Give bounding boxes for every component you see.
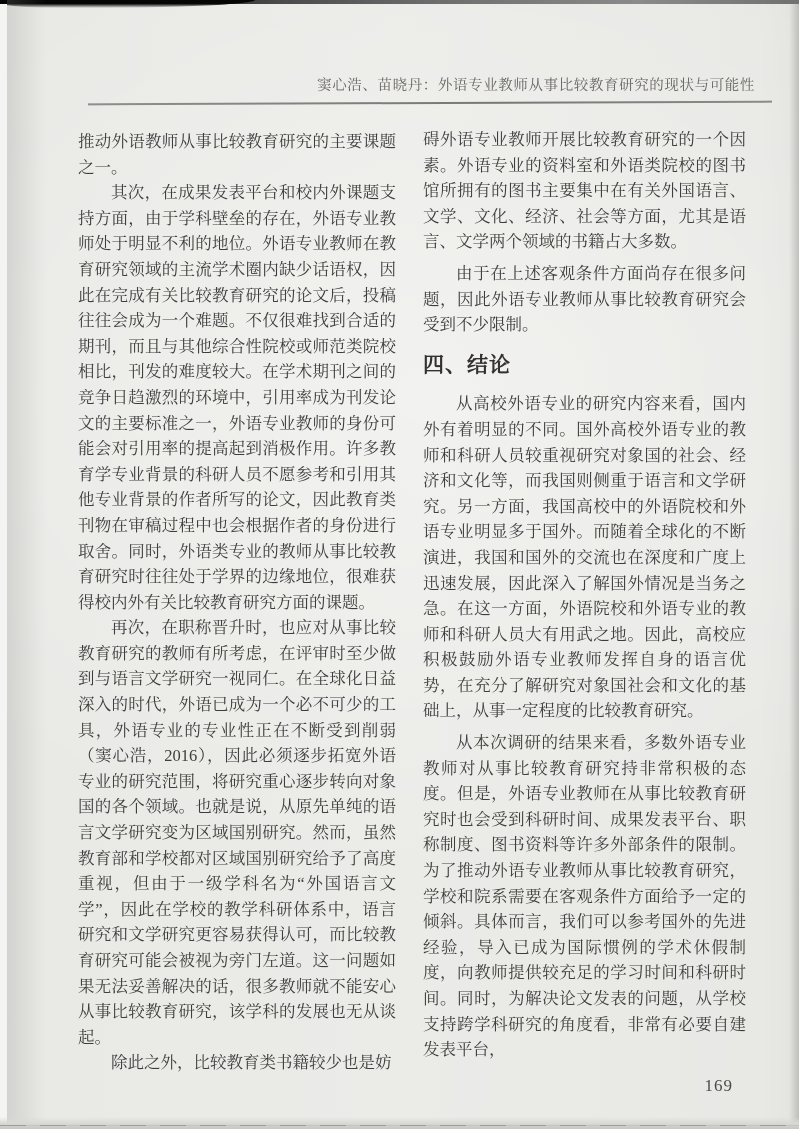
scan-artifact-left-strip — [0, 4, 7, 1129]
left-column: 推动外语教师从事比较教育研究的主要课题之一。 其次，在成果发表平台和校内外课题支… — [78, 129, 396, 1076]
body-paragraph-partial: 从本次调研的结果来看，多数外语专业教师对从事比较教育研究持非常积极的态度。但是，… — [423, 730, 746, 1063]
page-number: 169 — [705, 1076, 734, 1096]
body-paragraph: 其次，在成果发表平台和校内外课题支持方面，由于学科壁垒的存在，外语专业教师处于明… — [78, 180, 396, 615]
body-paragraph-continuation: 碍外语专业教师开展比较教育研究的一个因素。外语专业的资料室和外语类院校的图书馆所… — [423, 127, 746, 255]
scan-artifact-right-shadow — [789, 0, 799, 1129]
body-paragraph-continuation: 推动外语教师从事比较教育研究的主要课题之一。 — [78, 129, 396, 180]
body-paragraph-partial: 除此之外，比较教育类书籍较少也是妨 — [78, 1050, 396, 1076]
section-heading-conclusion: 四、结论 — [423, 353, 746, 379]
right-column: 碍外语专业教师开展比较教育研究的一个因素。外语专业的资料室和外语类院校的图书馆所… — [423, 127, 746, 1069]
scan-artifact-bottom-edge — [0, 1125, 799, 1126]
body-paragraph: 从高校外语专业的研究内容来看，国内外有着明显的不同。国外高校外语专业的教师和科研… — [423, 391, 746, 724]
body-paragraph: 由于在上述客观条件方面尚存在很多问题，因此外语专业教师从事比较教育研究会受到不少… — [423, 261, 746, 338]
header-rule — [88, 101, 772, 105]
scan-artifact-left-shadow — [7, 0, 47, 1129]
running-header-title: 窦心浩、苗晓丹：外语专业教师从事比较教育研究的现状与可能性 — [317, 74, 755, 95]
scan-artifact-bottom-shadow — [0, 1117, 799, 1129]
body-paragraph: 再次，在职称晋升时，也应对从事比较教育研究的教师有所考虑，在评审时至少做到与语言… — [78, 615, 396, 1050]
